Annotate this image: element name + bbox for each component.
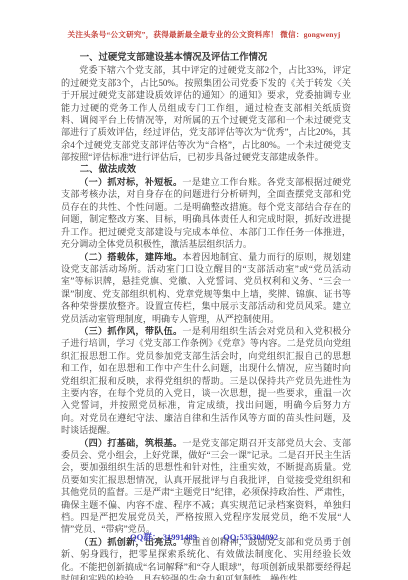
paragraph-2-lead: （二）搭载体，建阵地。 xyxy=(79,252,182,262)
paragraph-3-text: 一是利用组织生活会对党员和入党积极分子进行培训，学习《党支部工作条例》《党章》等… xyxy=(61,326,351,435)
paragraph-4-lead: （四）打基础，筑根基。 xyxy=(79,438,182,448)
paragraph-4: （四）打基础，筑根基。一是党支部定期召开支部党员大会、支部委员会、党小组会，上好… xyxy=(61,437,351,536)
header-promo-notice: 关注头条号“公文研究”，获得最新最全最专业的公文资料库！ 微信：gongweny… xyxy=(0,29,408,40)
section-heading-2: 二、做法成效 xyxy=(61,164,351,176)
document-body: 一、过硬党支部建设基本情况及评估工作情况 党委下辖六个党支部，其中评定的过硬党支… xyxy=(61,52,351,580)
section-heading-1: 一、过硬党支部建设基本情况及评估工作情况 xyxy=(61,52,351,64)
paragraph-1-text: 一是建立工作台账。各党支部根据过硬党支部考核办法，对自身存在的问题进行分析研判，… xyxy=(61,177,351,249)
paragraph-1: （一）抓对标，补短板。一是建立工作台账。各党支部根据过硬党支部考核办法，对自身存… xyxy=(61,176,351,250)
intro-paragraph: 党委下辖六个党支部，其中评定的过硬党支部2个，占比33%，评定的过硬党支部3个，… xyxy=(61,64,351,163)
footer-contact: QQ群： 31991489QQ:535304092 xyxy=(0,531,408,543)
paragraph-1-lead: （一）抓对标，补短板。 xyxy=(79,177,182,187)
paragraph-3: （三）抓作风，带队伍。一是利用组织生活会对党员和入党积极分子进行培训，学习《党支… xyxy=(61,325,351,437)
paragraph-4-text: 一是党支部定期召开支部党员大会、支部委员会、党小组会，上好党课，做好“三会一课”… xyxy=(61,438,351,535)
footer-qq: QQ:535304092 xyxy=(223,532,278,542)
paragraph-3-lead: （三）抓作风，带队伍。 xyxy=(79,326,182,336)
document-page: 关注头条号“公文研究”，获得最新最全最专业的公文资料库！ 微信：gongweny… xyxy=(0,0,408,580)
paragraph-2-text: 本着因地制宜、量力而行的原则，规划建设党支部活动场所。活动室门口设立醒目的“支部… xyxy=(61,252,351,324)
paragraph-2: （二）搭载体，建阵地。本着因地制宜、量力而行的原则，规划建设党支部活动场所。活动… xyxy=(61,251,351,325)
footer-qq-group: QQ群： 31991489 xyxy=(130,532,197,542)
